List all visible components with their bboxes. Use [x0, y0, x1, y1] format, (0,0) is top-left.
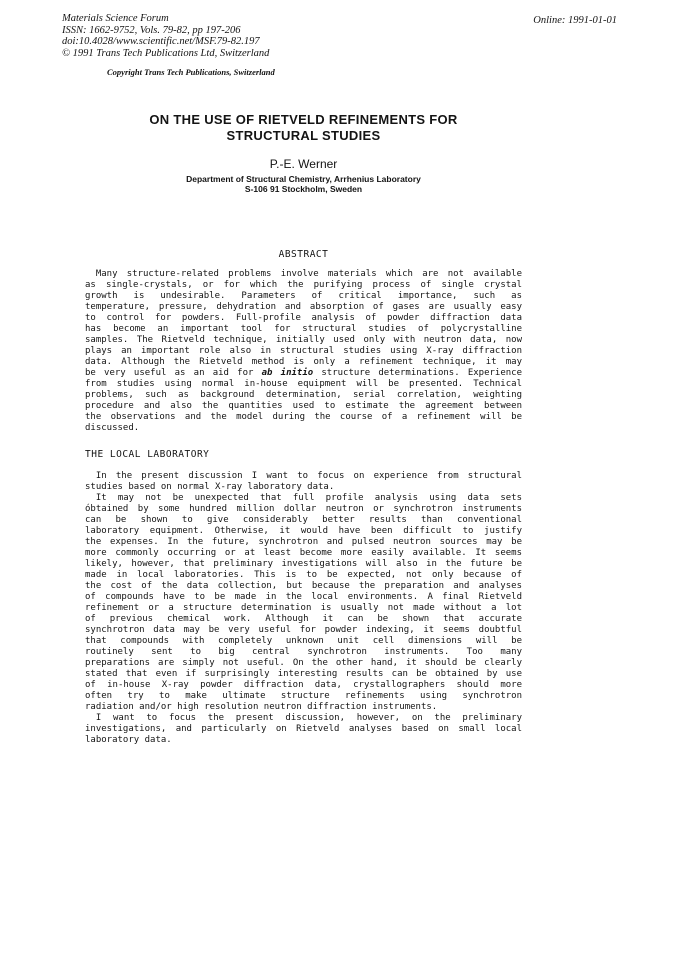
copyright-stamp: Copyright Trans Tech Publications, Switz…	[62, 67, 275, 79]
section-heading-local-laboratory: THE LOCAL LABORATORY	[85, 449, 522, 460]
author-name: P.-E. Werner	[85, 157, 522, 171]
affiliation-line2: S-106 91 Stockholm, Sweden	[85, 185, 522, 195]
journal-issn: ISSN: 1662-9752, Vols. 79-82, pp 197-206	[62, 25, 275, 37]
article-title-line1: ON THE USE OF RIETVELD REFINEMENTS FOR	[85, 112, 522, 128]
article-title: ON THE USE OF RIETVELD REFINEMENTS FOR S…	[85, 112, 522, 143]
article-title-line2: STRUCTURAL STUDIES	[85, 128, 522, 144]
journal-title: Materials Science Forum	[62, 13, 275, 25]
journal-copyright: © 1991 Trans Tech Publications Ltd, Swit…	[62, 48, 275, 60]
online-date: Online: 1991-01-01	[533, 15, 617, 26]
section-paragraph-3: I want to focus the present discussion, …	[85, 713, 522, 746]
section-body: In the present discussion I want to focu…	[85, 471, 522, 746]
abstract-heading: ABSTRACT	[85, 249, 522, 260]
section-paragraph-1: In the present discussion I want to focu…	[85, 471, 522, 493]
paper-page: Materials Science Forum ISSN: 1662-9752,…	[0, 0, 678, 959]
journal-header: Materials Science Forum ISSN: 1662-9752,…	[62, 13, 275, 79]
affiliation: Department of Structural Chemistry, Arrh…	[85, 175, 522, 195]
section-paragraph-2: It may not be unexpected that full profi…	[85, 493, 522, 713]
abstract-text: Many structure-related problems involve …	[85, 269, 522, 434]
journal-doi: doi:10.4028/www.scientific.net/MSF.79-82…	[62, 36, 275, 48]
